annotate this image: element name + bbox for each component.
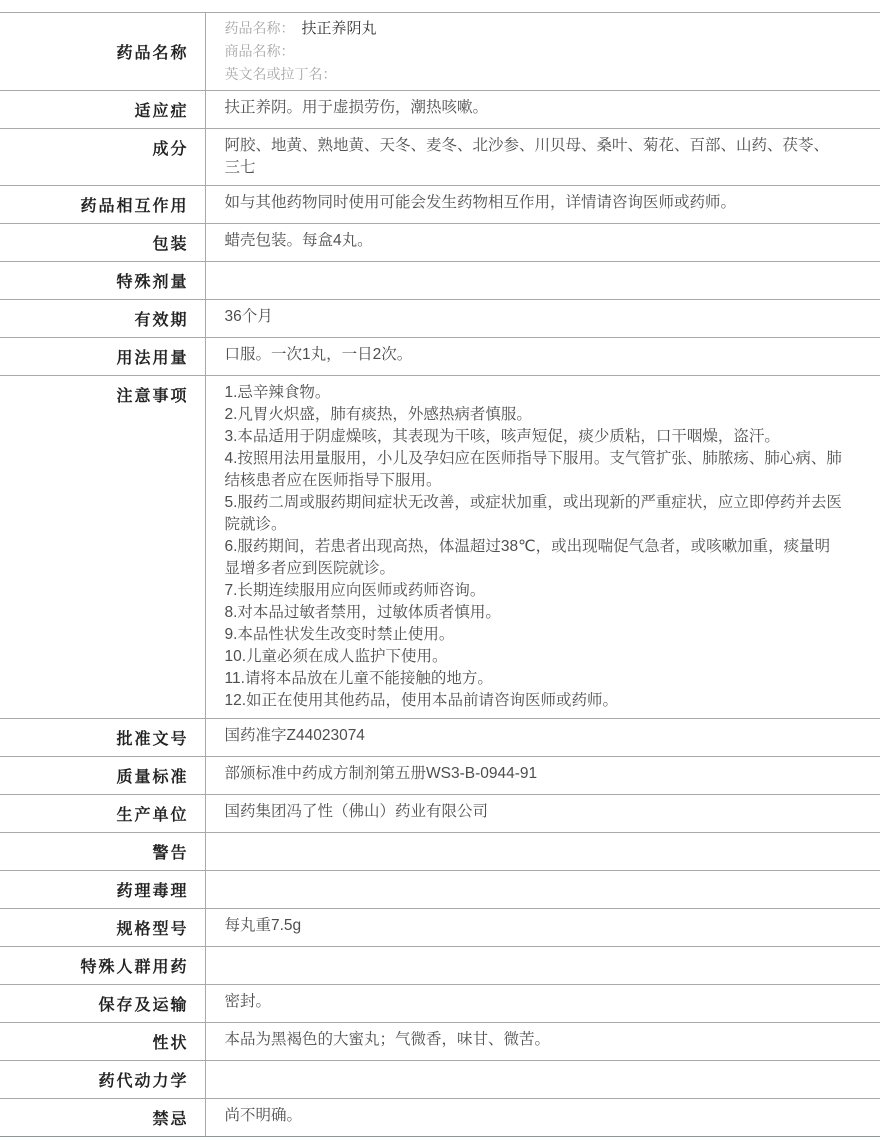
- row-label-dosage-usage: 用法用量: [0, 338, 205, 376]
- row-label-shelf-life: 有效期: [0, 300, 205, 338]
- row-warning: 警告: [0, 833, 880, 871]
- row-label-drug-interactions: 药品相互作用: [0, 186, 205, 224]
- row-value-contraindications: 尚不明确。: [205, 1099, 880, 1137]
- row-special-populations: 特殊人群用药: [0, 947, 880, 985]
- row-label-indications: 适应症: [0, 91, 205, 129]
- row-value-dosage-usage: 口服。一次1丸，一日2次。: [205, 338, 880, 376]
- row-indications: 适应症 扶正养阴。用于虚损劳伤，潮热咳嗽。: [0, 91, 880, 129]
- row-special-dosage: 特殊剂量: [0, 262, 880, 300]
- row-label-specification: 规格型号: [0, 909, 205, 947]
- row-description: 性状 本品为黑褐色的大蜜丸；气微香，味甘、微苦。: [0, 1023, 880, 1061]
- row-label-storage-transport: 保存及运输: [0, 985, 205, 1023]
- drug-info-table: 药品名称 药品名称：扶正养阴丸 商品名称： 英文名或拉丁名： 适应症 扶正养阴。…: [0, 12, 880, 1137]
- row-value-pharmacology-toxicology: [205, 871, 880, 909]
- row-value-quality-standard: 部颁标准中药成方制剂第五册WS3-B-0944-91: [205, 757, 880, 795]
- row-value-special-populations: [205, 947, 880, 985]
- row-label-precautions: 注意事项: [0, 376, 205, 719]
- row-value-drug-name: 药品名称：扶正养阴丸 商品名称： 英文名或拉丁名：: [205, 13, 880, 91]
- row-label-drug-name: 药品名称: [0, 13, 205, 91]
- row-drug-name: 药品名称 药品名称：扶正养阴丸 商品名称： 英文名或拉丁名：: [0, 13, 880, 91]
- row-drug-interactions: 药品相互作用 如与其他药物同时使用可能会发生药物相互作用，详情请咨询医师或药师。: [0, 186, 880, 224]
- field-key-english-name: 英文名或拉丁名：: [225, 66, 337, 82]
- row-value-precautions: 1.忌辛辣食物。 2.凡胃火炽盛，肺有痰热，外感热病者慎服。 3.本品适用于阴虚…: [205, 376, 880, 719]
- row-label-approval-number: 批准文号: [0, 719, 205, 757]
- row-value-special-dosage: [205, 262, 880, 300]
- row-label-ingredients: 成分: [0, 129, 205, 186]
- row-storage-transport: 保存及运输 密封。: [0, 985, 880, 1023]
- field-trade-name: 商品名称：: [225, 40, 843, 63]
- row-pharmacokinetics: 药代动力学: [0, 1061, 880, 1099]
- row-shelf-life: 有效期 36个月: [0, 300, 880, 338]
- row-contraindications: 禁忌 尚不明确。: [0, 1099, 880, 1137]
- field-key-trade-name: 商品名称：: [225, 43, 295, 59]
- row-label-pharmacokinetics: 药代动力学: [0, 1061, 205, 1099]
- row-value-warning: [205, 833, 880, 871]
- row-value-specification: 每丸重7.5g: [205, 909, 880, 947]
- row-label-packaging: 包装: [0, 224, 205, 262]
- row-value-pharmacokinetics: [205, 1061, 880, 1099]
- row-manufacturer: 生产单位 国药集团冯了性（佛山）药业有限公司: [0, 795, 880, 833]
- field-english-name: 英文名或拉丁名：: [225, 63, 843, 86]
- row-value-manufacturer: 国药集团冯了性（佛山）药业有限公司: [205, 795, 880, 833]
- row-value-shelf-life: 36个月: [205, 300, 880, 338]
- row-dosage-usage: 用法用量 口服。一次1丸，一日2次。: [0, 338, 880, 376]
- row-label-description: 性状: [0, 1023, 205, 1061]
- row-label-special-populations: 特殊人群用药: [0, 947, 205, 985]
- field-generic-name: 药品名称：扶正养阴丸: [225, 17, 843, 40]
- row-value-indications: 扶正养阴。用于虚损劳伤，潮热咳嗽。: [205, 91, 880, 129]
- row-label-pharmacology-toxicology: 药理毒理: [0, 871, 205, 909]
- row-value-storage-transport: 密封。: [205, 985, 880, 1023]
- field-value-generic-name: 扶正养阴丸: [302, 20, 377, 37]
- row-quality-standard: 质量标准 部颁标准中药成方制剂第五册WS3-B-0944-91: [0, 757, 880, 795]
- row-label-special-dosage: 特殊剂量: [0, 262, 205, 300]
- row-approval-number: 批准文号 国药准字Z44023074: [0, 719, 880, 757]
- row-label-warning: 警告: [0, 833, 205, 871]
- row-value-approval-number: 国药准字Z44023074: [205, 719, 880, 757]
- row-label-contraindications: 禁忌: [0, 1099, 205, 1137]
- row-value-description: 本品为黑褐色的大蜜丸；气微香，味甘、微苦。: [205, 1023, 880, 1061]
- row-value-ingredients: 阿胶、地黄、熟地黄、天冬、麦冬、北沙参、川贝母、桑叶、菊花、百部、山药、茯苓、三…: [205, 129, 880, 186]
- row-specification: 规格型号 每丸重7.5g: [0, 909, 880, 947]
- row-ingredients: 成分 阿胶、地黄、熟地黄、天冬、麦冬、北沙参、川贝母、桑叶、菊花、百部、山药、茯…: [0, 129, 880, 186]
- row-precautions: 注意事项 1.忌辛辣食物。 2.凡胃火炽盛，肺有痰热，外感热病者慎服。 3.本品…: [0, 376, 880, 719]
- field-key-generic-name: 药品名称：: [225, 20, 295, 36]
- row-pharmacology-toxicology: 药理毒理: [0, 871, 880, 909]
- row-packaging: 包装 蜡壳包装。每盒4丸。: [0, 224, 880, 262]
- row-label-quality-standard: 质量标准: [0, 757, 205, 795]
- row-value-drug-interactions: 如与其他药物同时使用可能会发生药物相互作用，详情请咨询医师或药师。: [205, 186, 880, 224]
- row-value-packaging: 蜡壳包装。每盒4丸。: [205, 224, 880, 262]
- row-label-manufacturer: 生产单位: [0, 795, 205, 833]
